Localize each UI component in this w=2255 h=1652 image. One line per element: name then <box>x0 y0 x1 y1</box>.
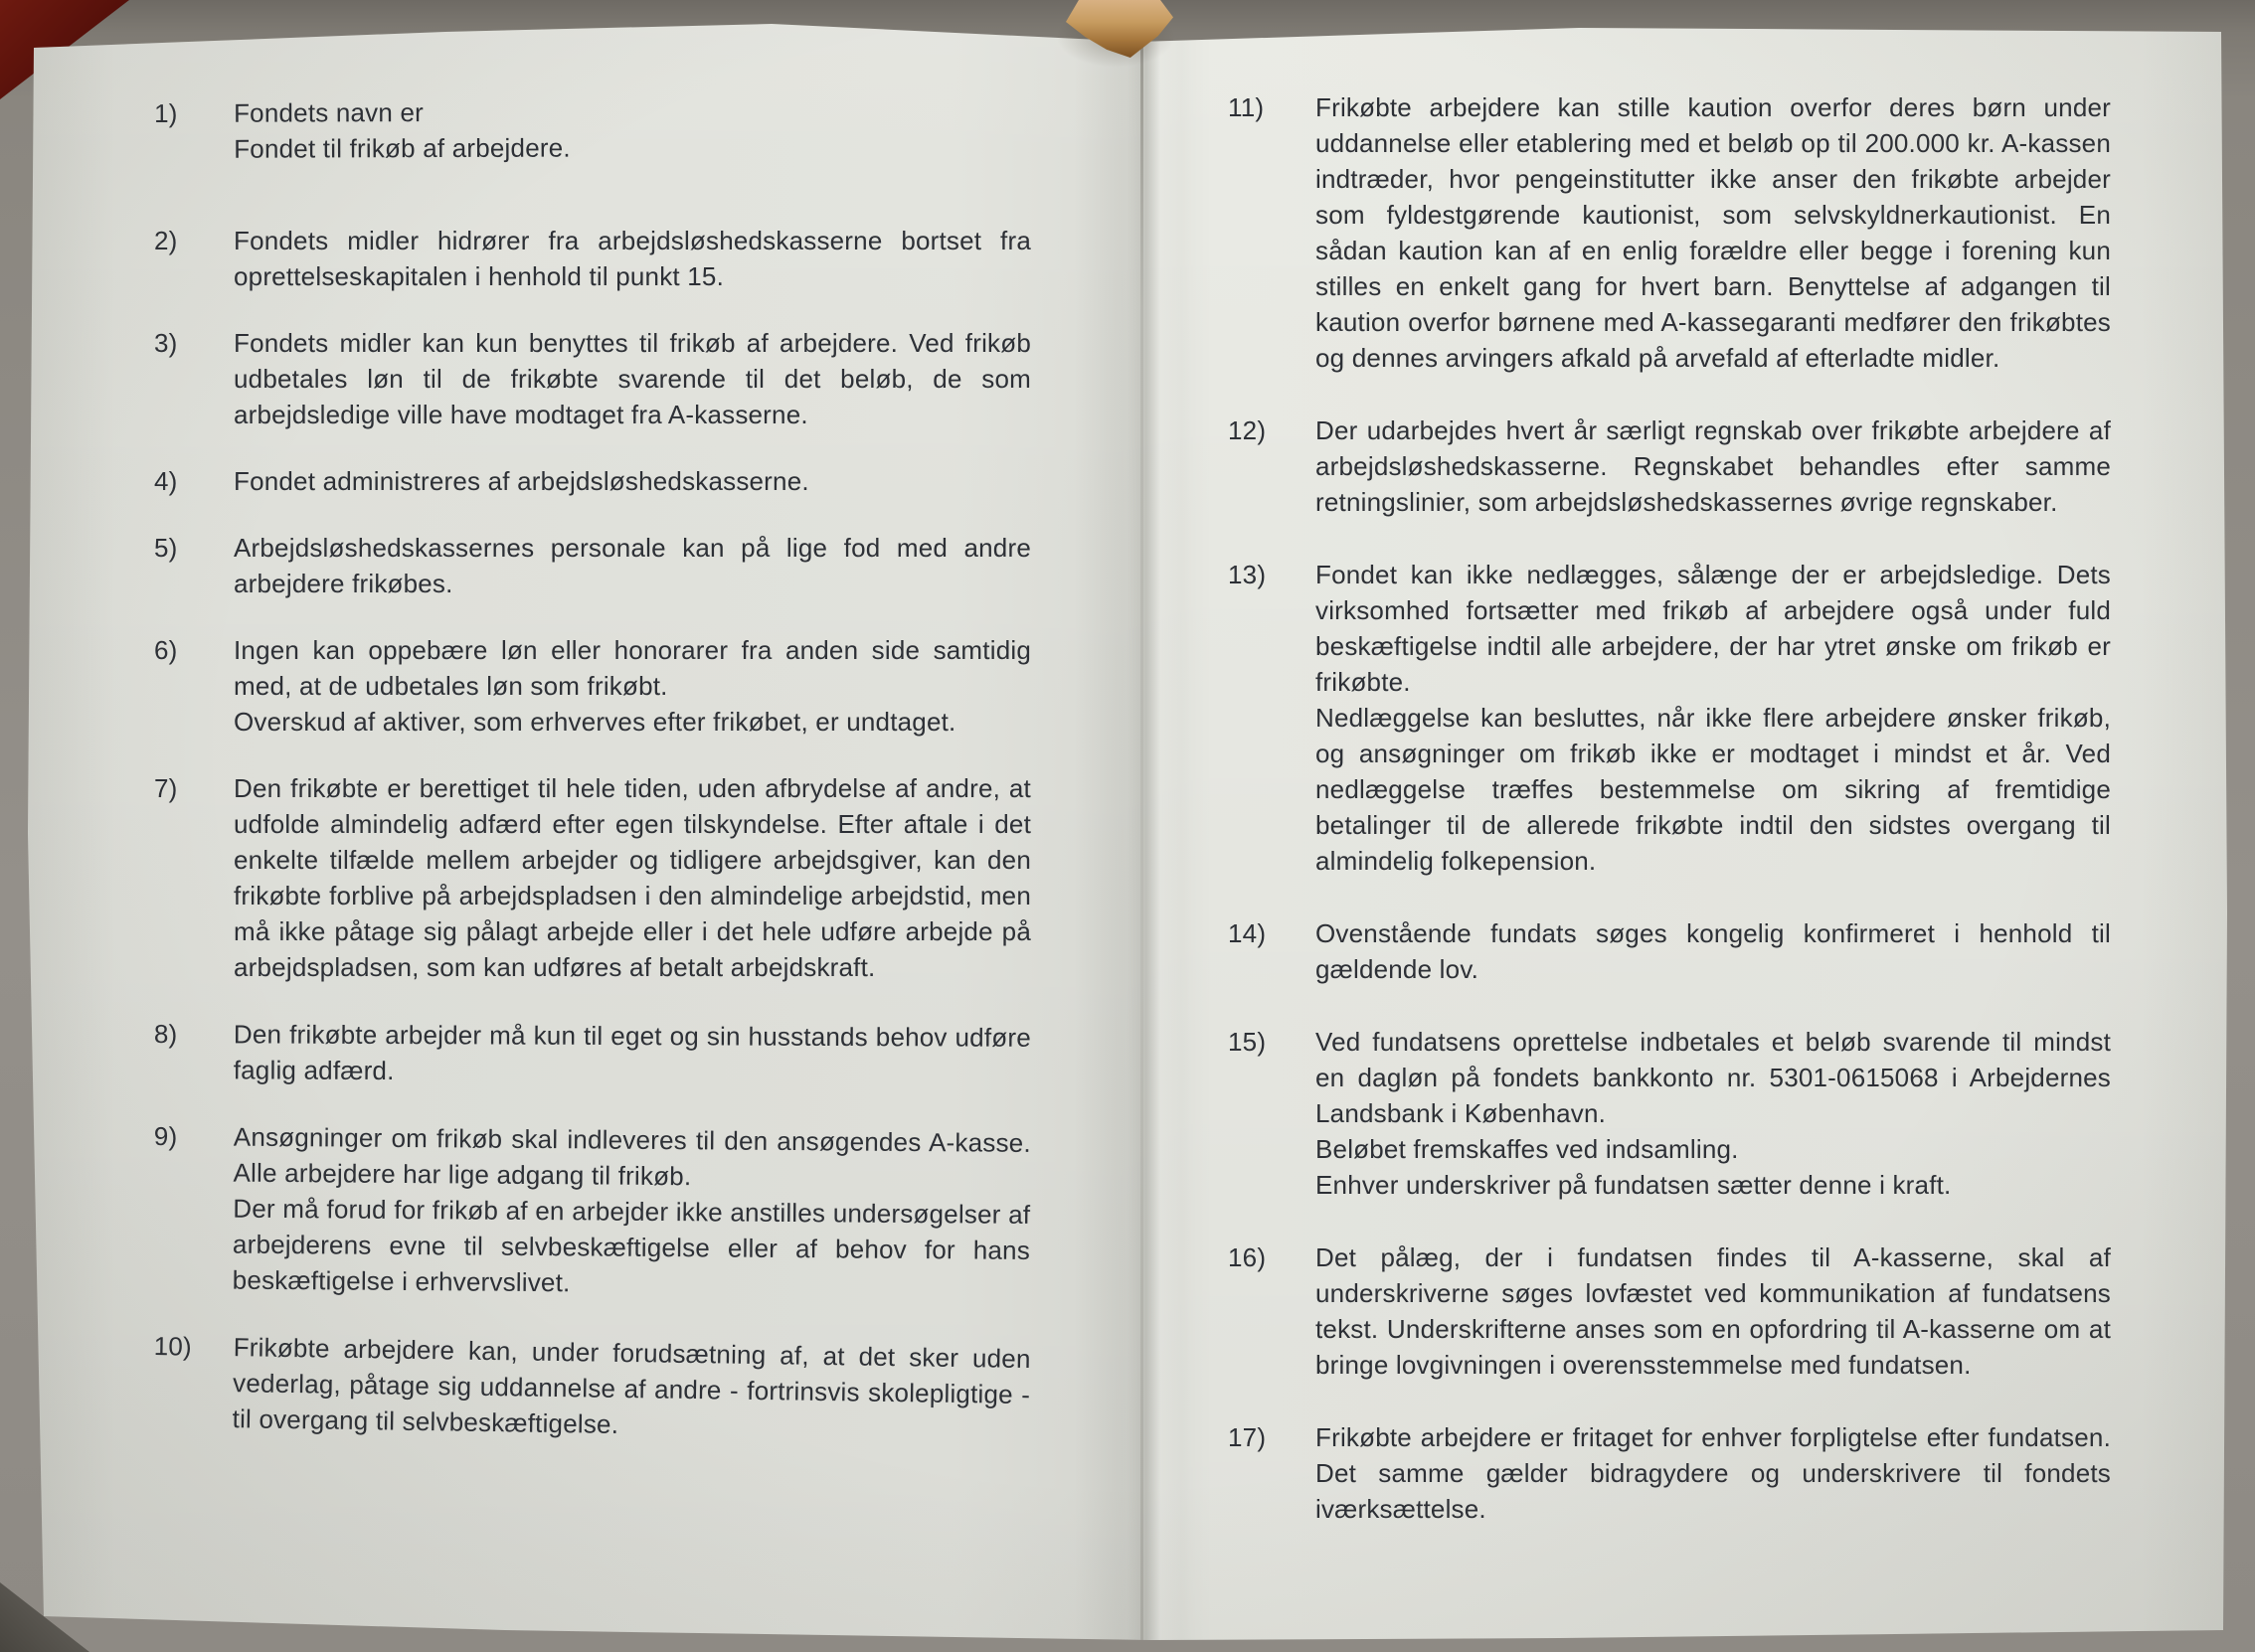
clause-text: Fondet kan ikke nedlægges, sålænge der e… <box>1315 557 2111 879</box>
clause-15: 15) Ved fundatsens oprettelse indbetales… <box>1228 1024 2111 1203</box>
clause-11: 11) Frikøbte arbejdere kan stille kautio… <box>1228 89 2111 376</box>
clause-text: Frikøbte arbejdere kan, under forudsætni… <box>232 1329 1031 1448</box>
clause-paragraph: Ingen kan oppebære løn eller honorarer f… <box>234 632 1031 704</box>
clause-number: 4) <box>154 463 234 499</box>
clause-paragraph: Enhver underskriver på fundatsen sætter … <box>1315 1167 2111 1203</box>
clause-text: Frikøbte arbejdere er fritaget for enhve… <box>1315 1419 2111 1527</box>
clause-number: 17) <box>1228 1419 1315 1527</box>
clause-text: Der udarbejdes hvert år særligt regnskab… <box>1315 413 2111 520</box>
clause-paragraph: Beløbet fremskaffes ved indsamling. <box>1315 1131 2111 1167</box>
clause-number: 14) <box>1228 915 1315 987</box>
clause-1: 1) Fondets navn erFondet til frikøb af a… <box>154 92 1031 167</box>
page-left: 1) Fondets navn erFondet til frikøb af a… <box>154 95 1031 1466</box>
clause-paragraph: Fondet til frikøb af arbejdere. <box>234 128 1031 167</box>
clause-number: 10) <box>152 1328 234 1436</box>
clause-number: 12) <box>1228 413 1315 520</box>
booklet-spread: 1) Fondets navn erFondet til frikøb af a… <box>28 18 2227 1640</box>
clause-paragraph: Frikøbte arbejdere kan, under forudsætni… <box>232 1329 1031 1448</box>
clause-paragraph: Fondets midler kan kun benyttes til frik… <box>234 325 1031 432</box>
clause-14: 14) Ovenstående fundats søges kongelig k… <box>1228 915 2111 987</box>
photo-background: 1) Fondets navn erFondet til frikøb af a… <box>0 0 2255 1652</box>
clause-17: 17) Frikøbte arbejdere er fritaget for e… <box>1228 1419 2111 1527</box>
clause-number: 13) <box>1228 557 1315 879</box>
clause-text: Fondets midler hidrører fra arbejdsløshe… <box>234 223 1031 294</box>
clause-paragraph: Overskud af aktiver, som erhverves efter… <box>234 704 1031 740</box>
clause-7: 7) Den frikøbte er berettiget til hele t… <box>154 770 1031 985</box>
clause-number: 5) <box>154 530 234 601</box>
clause-paragraph: Det pålæg, der i fundatsen findes til A-… <box>1315 1239 2111 1383</box>
clause-13: 13) Fondet kan ikke nedlægges, sålænge d… <box>1228 557 2111 879</box>
clause-paragraph: Nedlæggelse kan besluttes, når ikke fler… <box>1315 700 2111 879</box>
clause-number: 9) <box>153 1118 234 1298</box>
clause-paragraph: Fondets midler hidrører fra arbejdsløshe… <box>234 223 1031 294</box>
clause-6: 6) Ingen kan oppebære løn eller honorare… <box>154 632 1031 740</box>
clause-number: 7) <box>154 770 234 985</box>
clause-text: Den frikøbte er berettiget til hele tide… <box>234 770 1031 985</box>
clause-16: 16) Det pålæg, der i fundatsen findes ti… <box>1228 1239 2111 1383</box>
clause-text: Arbejdsløshedskassernes personale kan på… <box>234 530 1031 601</box>
clause-2: 2) Fondets midler hidrører fra arbejdslø… <box>154 223 1031 294</box>
clause-4: 4) Fondet administreres af arbejdsløshed… <box>154 463 1031 499</box>
clause-paragraph: Fondets navn er <box>234 92 1031 131</box>
clause-paragraph: Den frikøbte er berettiget til hele tide… <box>234 770 1031 985</box>
clause-paragraph: Der må forud for frikøb af en arbejder i… <box>233 1191 1031 1304</box>
clause-paragraph: Fondet kan ikke nedlægges, sålænge der e… <box>1315 557 2111 700</box>
clause-paragraph: Den frikøbte arbejder må kun til eget og… <box>234 1016 1031 1090</box>
clause-8: 8) Den frikøbte arbejder må kun til eget… <box>154 1016 1031 1091</box>
page-right: 11) Frikøbte arbejdere kan stille kautio… <box>1228 89 2111 1564</box>
clause-number: 6) <box>154 632 234 740</box>
clause-9: 9) Ansøgninger om frikøb skal indleveres… <box>153 1118 1031 1304</box>
clause-text: Ingen kan oppebære løn eller honorarer f… <box>234 632 1031 740</box>
clause-number: 16) <box>1228 1239 1315 1383</box>
clause-paragraph: Ansøgninger om frikøb skal indleveres ti… <box>233 1119 1031 1197</box>
clause-number: 8) <box>154 1016 234 1087</box>
clause-3: 3) Fondets midler kan kun benyttes til f… <box>154 325 1031 432</box>
clause-number: 15) <box>1228 1024 1315 1203</box>
clause-text: Ved fundatsens oprettelse indbetales et … <box>1315 1024 2111 1203</box>
clause-text: Fondets midler kan kun benyttes til frik… <box>234 325 1031 432</box>
clause-text: Ansøgninger om frikøb skal indleveres ti… <box>233 1119 1031 1304</box>
clause-text: Ovenstående fundats søges kongelig konfi… <box>1315 915 2111 987</box>
clause-number: 1) <box>154 95 234 167</box>
clause-text: Frikøbte arbejdere kan stille kaution ov… <box>1315 89 2111 376</box>
clause-text: Den frikøbte arbejder må kun til eget og… <box>234 1016 1031 1090</box>
clause-number: 11) <box>1228 89 1315 376</box>
clause-text: Det pålæg, der i fundatsen findes til A-… <box>1315 1239 2111 1383</box>
center-fold-line <box>1140 18 1143 1640</box>
clause-number: 2) <box>154 223 234 294</box>
clause-paragraph: Ovenstående fundats søges kongelig konfi… <box>1315 915 2111 987</box>
clause-paragraph: Frikøbte arbejdere kan stille kaution ov… <box>1315 89 2111 376</box>
clause-12: 12) Der udarbejdes hvert år særligt regn… <box>1228 413 2111 520</box>
center-fold-shading <box>1074 18 1213 1640</box>
clause-10: 10) Frikøbte arbejdere kan, under foruds… <box>152 1328 1031 1448</box>
clause-paragraph: Arbejdsløshedskassernes personale kan på… <box>234 530 1031 601</box>
clause-paragraph: Fondet administreres af arbejdsløshedska… <box>234 463 1031 499</box>
clause-paragraph: Der udarbejdes hvert år særligt regnskab… <box>1315 413 2111 520</box>
clause-5: 5) Arbejdsløshedskassernes personale kan… <box>154 530 1031 601</box>
clause-text: Fondet administreres af arbejdsløshedska… <box>234 463 1031 499</box>
clause-paragraph: Frikøbte arbejdere er fritaget for enhve… <box>1315 1419 2111 1527</box>
clause-paragraph: Ved fundatsens oprettelse indbetales et … <box>1315 1024 2111 1131</box>
clause-number: 3) <box>154 325 234 432</box>
clause-text: Fondets navn erFondet til frikøb af arbe… <box>234 92 1031 167</box>
